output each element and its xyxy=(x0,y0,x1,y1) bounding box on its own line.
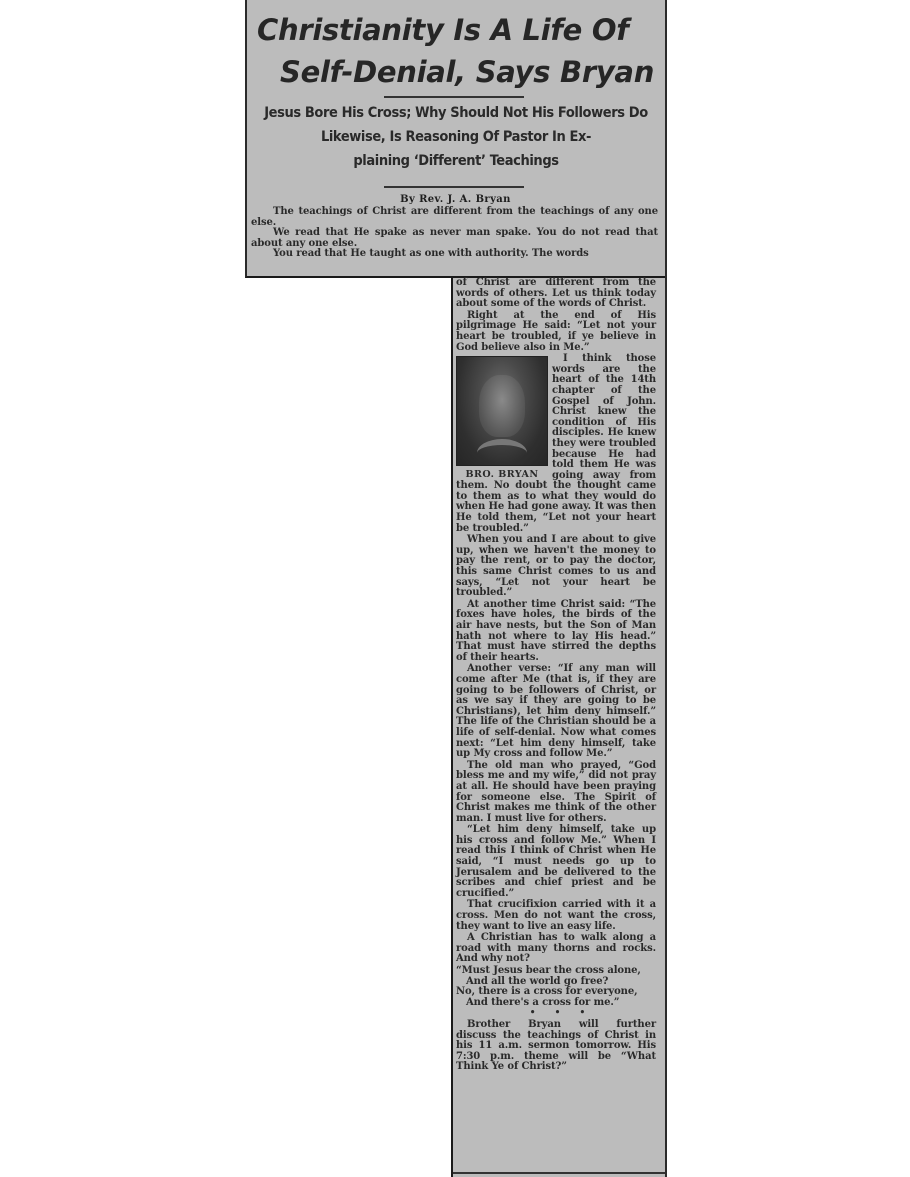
photo-face xyxy=(479,375,525,437)
body-paragraph-8: That crucifixion carried with it a cross… xyxy=(456,900,656,932)
photo-collar xyxy=(477,439,527,467)
body-paragraph-5: Another verse: “If any man will come aft… xyxy=(456,664,656,759)
intro-paragraph-2: We read that He spake as never man spake… xyxy=(251,228,658,249)
article-intro: The teachings of Christ are different fr… xyxy=(251,207,658,260)
column-rule xyxy=(665,0,667,1177)
headline-line-1: Christianity Is A Life Of xyxy=(257,12,629,48)
intro-paragraph-1: The teachings of Christ are different fr… xyxy=(251,207,658,228)
article-body-column: of Christ are different from the words o… xyxy=(456,268,656,1074)
intro-paragraph-3: You read that He taught as one with auth… xyxy=(251,249,658,260)
deck-line-3: plaining ‘Different’ Teachings xyxy=(250,149,662,173)
hymn-verse: “Must Jesus bear the cross alone, And al… xyxy=(456,966,656,1008)
photo-block: BRO. BRYAN xyxy=(456,356,548,481)
body-paragraph-6: The old man who prayed, “God bless me an… xyxy=(456,761,656,825)
portrait-photo-icon xyxy=(456,356,548,466)
body-paragraph-0: of Christ are different from the words o… xyxy=(456,278,656,310)
deck-rule xyxy=(384,186,524,188)
body-paragraph-3: When you and I are about to give up, whe… xyxy=(456,535,656,599)
bottom-rule xyxy=(453,1172,665,1174)
body-paragraph-9: A Christian has to walk along a road wit… xyxy=(456,933,656,965)
byline: By Rev. J. A. Bryan xyxy=(245,194,666,205)
headline-rule xyxy=(384,96,524,98)
body-paragraph-1: Right at the end of His pilgrimage He sa… xyxy=(456,311,656,353)
hymn-line-1: “Must Jesus bear the cross alone, xyxy=(456,966,656,977)
section-separator: • • • xyxy=(456,1008,656,1019)
photo-caption: BRO. BRYAN xyxy=(456,470,548,481)
hymn-line-4: And there's a cross for me.” xyxy=(456,998,656,1009)
deck-subheadline: Jesus Bore His Cross; Why Should Not His… xyxy=(250,101,662,173)
deck-line-2: Likewise, Is Reasoning Of Pastor In Ex- xyxy=(250,125,662,149)
body-paragraph-4: At another time Christ said: “The foxes … xyxy=(456,600,656,664)
body-paragraph-7: “Let him deny himself, take up his cross… xyxy=(456,825,656,899)
deck-line-1: Jesus Bore His Cross; Why Should Not His… xyxy=(250,101,662,125)
closing-note: Brother Bryan will further discuss the t… xyxy=(456,1020,656,1073)
headline-line-2: Self-Denial, Says Bryan xyxy=(280,54,654,90)
